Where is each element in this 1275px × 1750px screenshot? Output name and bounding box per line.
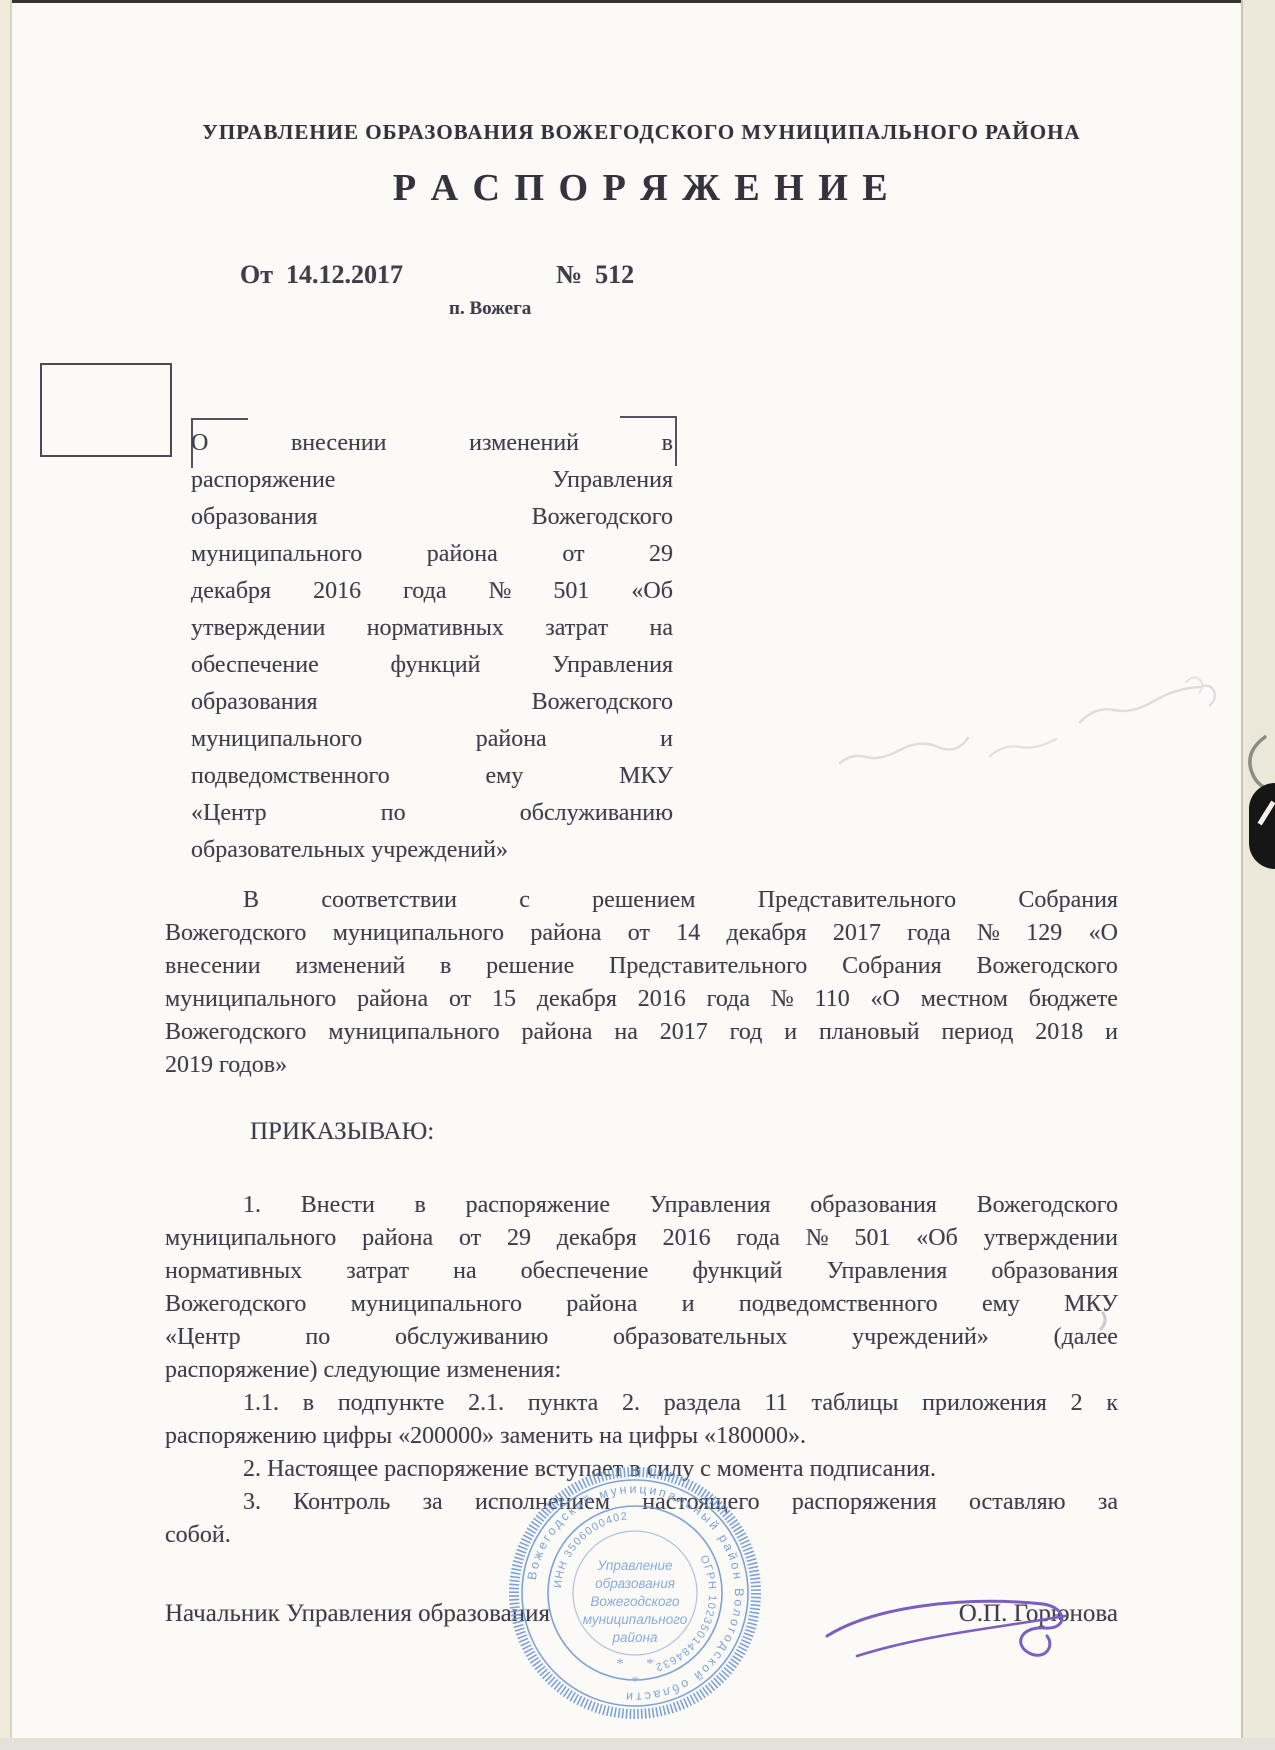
svg-text:Управление: Управление [596,1558,672,1573]
text-line: муниципальногорайонаот15декабря2016года№… [165,986,1118,1019]
text-line: обеспечениефункцийУправления [191,652,673,689]
svg-text:образования: образования [595,1576,675,1591]
scan-edge-top [0,0,1275,3]
intro-paragraph: ВсоответствиисрешениемПредставительногоС… [165,887,1118,1085]
svg-text:*: * [631,1674,639,1690]
text-line: муниципальногорайонаот29 [191,541,673,578]
svg-text:муниципального: муниципального [583,1612,688,1627]
text-line: утверждениинормативныхзатратна [191,615,673,652]
stamp-stars: * * * [616,1656,654,1690]
text-line: 1.1.вподпункте2.1.пункта2.раздела11табли… [165,1390,1118,1423]
text-line: нормативныхзатратнаобеспечениефункцийУпр… [165,1258,1118,1291]
text-line: распоряжение) следующие изменения: [165,1357,1118,1390]
text-line: образованияВожегодского [191,689,673,726]
scanned-document-page: УПРАВЛЕНИЕ ОБРАЗОВАНИЯ ВОЖЕГОДСКОГО МУНИ… [0,0,1275,1750]
scan-edge-bottom [0,1738,1275,1750]
scan-clip-blob [1249,783,1275,869]
svg-text:района: района [612,1630,658,1645]
faint-pencil-note [830,660,1260,790]
scan-edge-left [0,0,12,1750]
organization-header: УПРАВЛЕНИЕ ОБРАЗОВАНИЯ ВОЖЕГОДСКОГО МУНИ… [165,120,1118,145]
small-ink-speck [1095,1310,1115,1334]
document-type-title: Р А С П О Р Я Ж Е Н И Е [165,166,1118,210]
document-number: № 512 [556,260,634,290]
text-line: образовательных учреждений» [191,837,673,874]
text-line: 2019 годов» [165,1052,1118,1085]
text-line: муниципальногорайонаи [191,726,673,763]
subject-block: ОвнесенииизмененийвраспоряжениеУправлени… [191,430,673,874]
scan-edge-right [1241,0,1275,1750]
official-round-stamp: Вожегодский муниципальный район Вологодс… [500,1458,770,1728]
text-line: муниципальногорайонаот29декабря2016года№… [165,1225,1118,1258]
text-line: образованияВожегодского [191,504,673,541]
svg-text:* *: * * [616,1656,654,1672]
text-line: распоряжениеУправления [191,467,673,504]
text-line: распоряжению цифры «200000» заменить на … [165,1423,1118,1456]
document-place: п. Вожега [449,298,531,320]
order-word: ПРИКАЗЫВАЮ: [250,1118,434,1146]
text-line: Вожегодскогомуниципальногорайонаиподведо… [165,1291,1118,1324]
text-line: «Центрпообслуживаниюобразовательныхучреж… [165,1324,1118,1357]
text-line: ВсоответствиисрешениемПредставительногоС… [165,887,1118,920]
svg-text:Вожегодского: Вожегодского [590,1594,680,1609]
text-line: внесенииизмененийврешениеПредставительно… [165,953,1118,986]
text-line: Вожегодскогомуниципальногорайонаот14дека… [165,920,1118,953]
text-line: декабря2016года№501«Об [191,578,673,615]
text-line: Овнесенииизмененийв [191,430,673,467]
text-line: «Центрпообслуживанию [191,800,673,837]
text-line: 1.ВнестивраспоряжениеУправленияобразован… [165,1192,1118,1225]
text-line: подведомственногоемуМКУ [191,763,673,800]
document-date: От 14.12.2017 [240,260,403,290]
text-line: Вожегодскогомуниципальногорайонана2017го… [165,1019,1118,1052]
handwritten-signature [815,1572,1085,1682]
stamp-center-text: Управление образования Вожегодского муни… [583,1558,688,1645]
registration-stamp-box [40,363,172,457]
